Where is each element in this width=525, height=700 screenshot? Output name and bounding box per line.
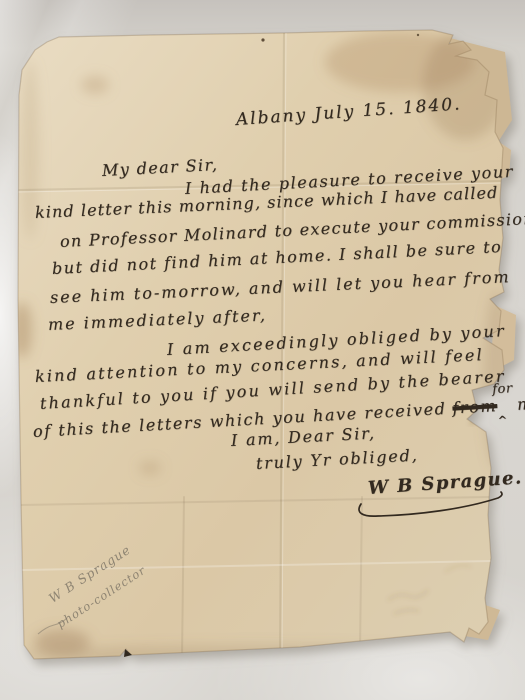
letter-paper xyxy=(0,0,525,700)
photo-background: Albany July 15. 1840. My dear Sir, I had… xyxy=(0,0,525,700)
